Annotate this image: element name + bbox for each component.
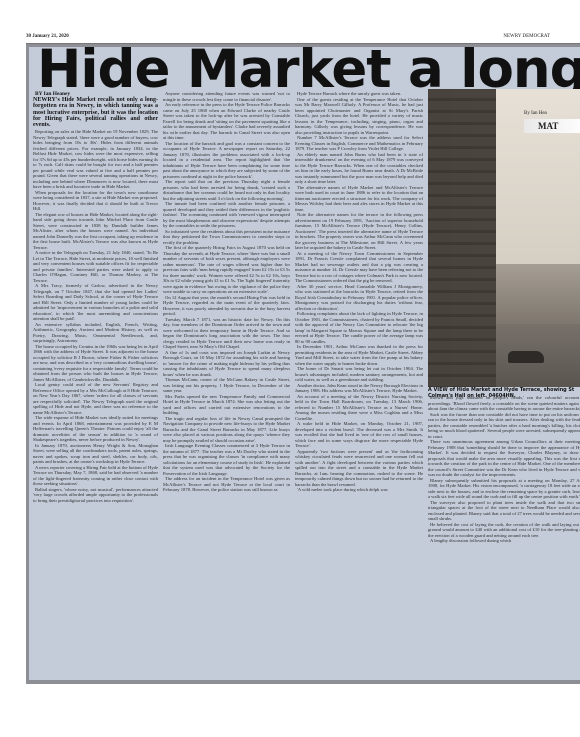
paragraph: The tragic and regular loss of life in N…	[163, 416, 290, 444]
photo-hillside	[496, 264, 580, 324]
paragraph: A news reporter covering a Hiring Fair h…	[33, 465, 158, 487]
paragraph: Blaney subsequently submitted his propos…	[428, 478, 580, 500]
paragraph: One of the guests residing at the Temper…	[295, 97, 423, 136]
inset-title: MAT	[524, 119, 580, 133]
paragraph: When proposals for the location for the …	[33, 190, 158, 212]
photo-inset-clipping: By Ian Hea MAT	[524, 111, 580, 141]
paragraph: The location of the barrack and gaol was…	[163, 141, 290, 180]
inset-byline: By Ian Hea	[524, 111, 547, 116]
article-page: Hide Market a long-fo BY Ian Heaney NEWR…	[26, 44, 580, 684]
paragraph: A wake held in Hide Market, on Monday, O…	[295, 421, 423, 449]
paragraph: The inmate had been confined with anothe…	[163, 201, 290, 229]
paragraph: The first of the quarterly Hiring Fairs …	[163, 245, 290, 295]
paragraph: Thomas McCann, owner of the McCann Baker…	[163, 377, 290, 394]
paragraph: Following complaints about the lack of l…	[295, 311, 423, 344]
column-4: thrown and jugs smashed on people's head…	[428, 395, 580, 544]
paragraph: Note the alternative names for the terra…	[295, 212, 423, 251]
paragraph: Apparently 'two factions were present' a…	[295, 449, 423, 488]
paragraph: There was unanimous agreement among Urba…	[428, 439, 580, 478]
paragraph: Ballad singers, 'whose noisy, not musica…	[33, 487, 158, 504]
paragraph: A notice in the Telegraph on Tuesday, 21…	[33, 250, 158, 283]
paragraph: The alternative names of Hyde Market and…	[295, 185, 423, 213]
column-3: Hyde Terrace Barrack where the unruly gu…	[295, 91, 423, 493]
paragraph: thrown and jugs smashed on people's head…	[428, 395, 580, 412]
paragraph: Such was the furore than one constable d…	[428, 412, 580, 440]
paragraph: A Mrs Tracy, formerly of Carlow, adverti…	[33, 283, 158, 322]
paragraph: A lengthy discussion followed during whi…	[428, 538, 580, 544]
paragraph: Number 7 McAllister's Terrace was the ad…	[295, 135, 423, 152]
paragraph: An account of a meeting of the Newry Dis…	[295, 394, 423, 422]
paragraph: The house occupied by Cronins in the 196…	[33, 344, 158, 383]
column-1: BY Ian Heaney NEWRY's Hide Market recall…	[33, 91, 158, 503]
paragraph: 'A wild melee took place during which de…	[295, 487, 423, 493]
paragraph: The home of Dr Smartt was being let out …	[295, 366, 423, 383]
paragraph: The wide expanse of Hide Market was idea…	[33, 415, 158, 443]
column-2: Anyone considering attending future even…	[163, 91, 290, 493]
paragraph: At a meeting of the Newry Town Commissio…	[295, 251, 423, 284]
running-head: 30 January 21, 2020 NEWRY DEMOCRAT	[26, 31, 580, 44]
paragraph: An early reference in the press to the H…	[163, 102, 290, 141]
paragraph: So infuriated were the residents about t…	[163, 229, 290, 246]
paragraph: The surveyor also proposed to plant tree…	[428, 500, 580, 522]
paragraph: Mrs Parks opened the new Temperance Fami…	[163, 394, 290, 416]
paragraph: Reporting on sales at the Hide Market on…	[33, 129, 158, 190]
photo-stone-building	[428, 89, 496, 387]
paragraph: The report said that on the previous Thu…	[163, 179, 290, 201]
publication-name: NEWRY DEMOCRAT	[503, 34, 550, 39]
paragraph: Irish Language Evening Classes commenced…	[163, 443, 290, 476]
paragraph: Local gentry could avail of the new Serv…	[33, 382, 158, 415]
paragraph: Tuesday, March 7 1871, was an historic d…	[163, 317, 290, 350]
photo-car	[508, 351, 544, 363]
paragraph: The address for an incident in the Tempe…	[163, 476, 290, 493]
paragraph: Anyone considering attending future even…	[163, 91, 290, 102]
paragraph: In January 1870, auctioneers Henry Wrigh…	[33, 443, 158, 465]
paragraph: After 30 years' service, Head Constable …	[295, 284, 423, 312]
paragraph: The elegant row of houses in Hide Market…	[33, 212, 158, 251]
paragraph: A fine of 1s and costs was imposed on Jo…	[163, 350, 290, 378]
lede: NEWRY's Hide Market recalls not only a l…	[33, 97, 158, 128]
page-date: 30 January 21, 2020	[26, 34, 69, 39]
paragraph: In December 1901, Arthur McCann was than…	[295, 344, 423, 366]
paragraph: He believed the cost of laying the curb,…	[428, 522, 580, 539]
hide-market-photo: By Ian Hea MAT	[428, 89, 580, 387]
paragraph: On 12 August that year, the month's seco…	[163, 295, 290, 317]
paragraph: An elderly man named John Burns who had …	[295, 152, 423, 185]
paragraph: An extensive syllabus included, English,…	[33, 322, 158, 344]
paragraph: Another doctor, John Kean stood in the N…	[295, 383, 423, 394]
